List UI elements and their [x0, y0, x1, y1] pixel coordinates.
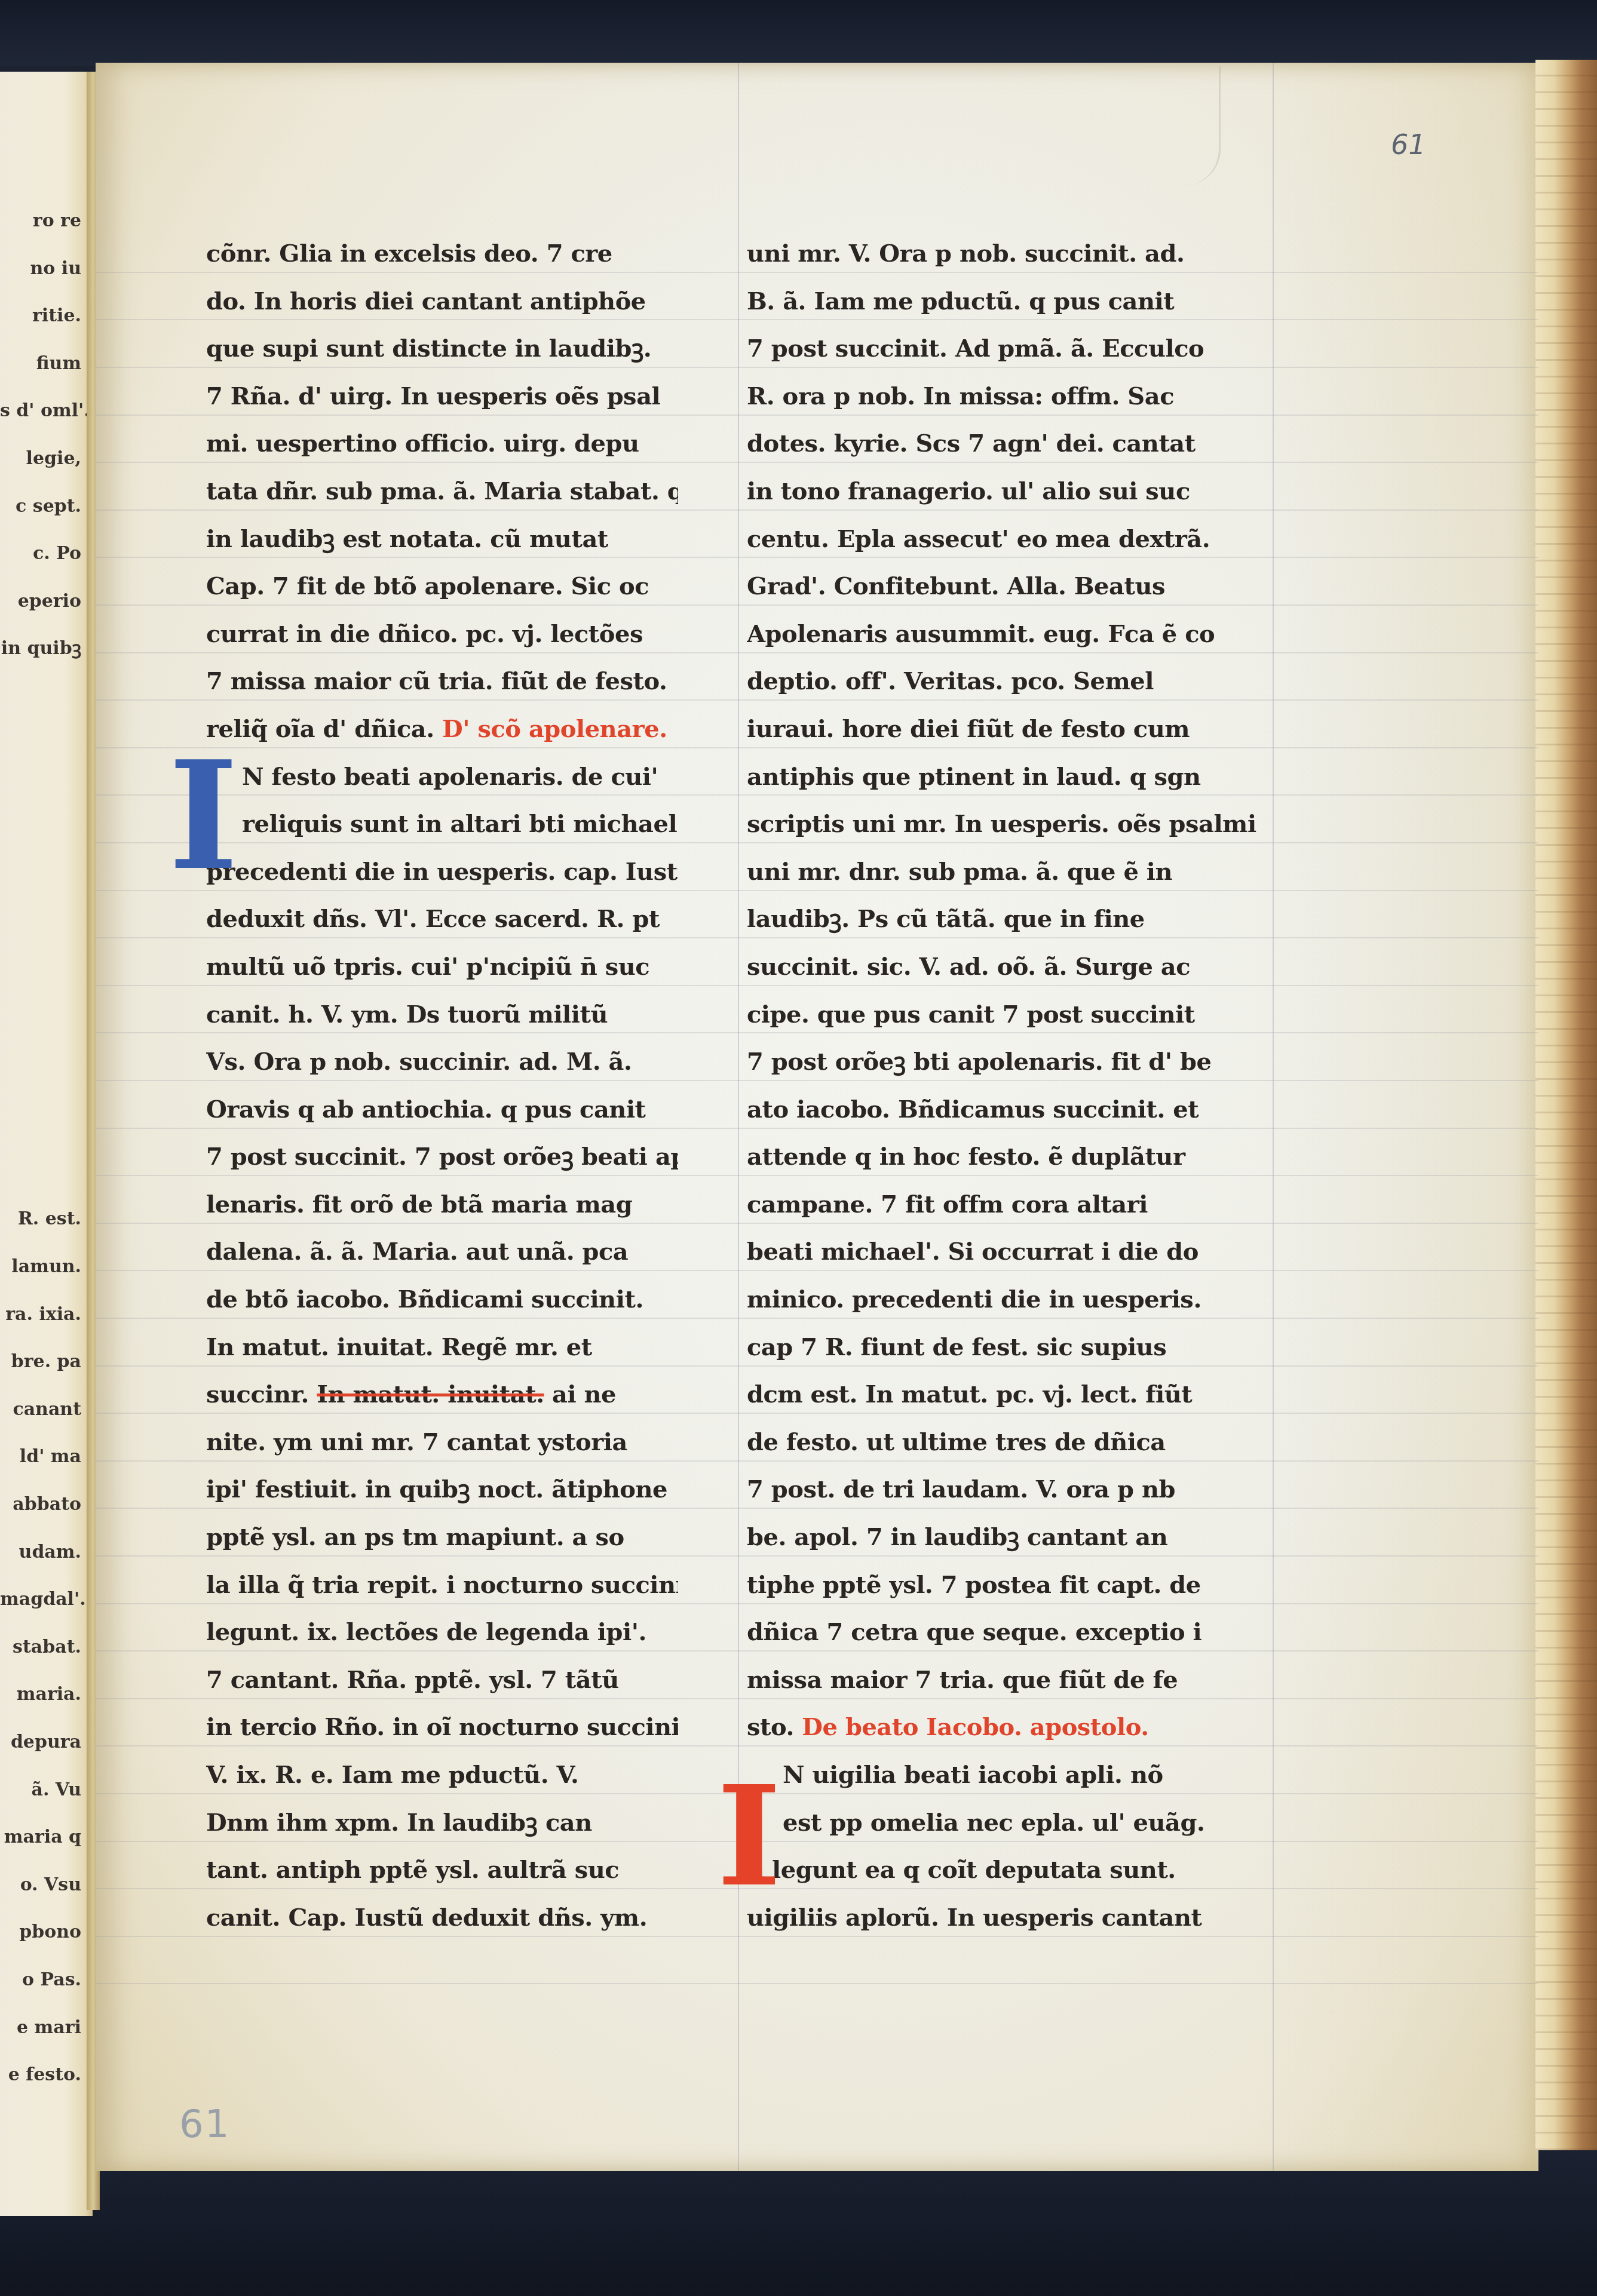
- text-line: h legunt ea q coĩt deputata sunt.: [747, 1846, 1261, 1894]
- text-line: antiphis que ptinent in laud. q sgn: [747, 753, 1261, 801]
- text-line-with-rubric: sto. De beato Iacobo. apostolo.: [747, 1703, 1261, 1751]
- text-line: que supi sunt distincte in laudibꝫ.: [206, 325, 678, 373]
- illuminated-initial-red: I: [717, 1768, 781, 1905]
- fragment-line: magdal'.: [0, 1576, 90, 1623]
- fragment-line: in quibꝫ: [0, 625, 90, 673]
- text-line: dalena. ã. ã. Maria. aut unã. pca: [206, 1228, 678, 1276]
- fragment-line: [0, 862, 90, 910]
- page-edge-shading: [1255, 63, 1535, 2171]
- text-line: dotes. kyrie. Scs 7 agn' dei. cantat: [747, 420, 1261, 468]
- fragment-line: pbono: [0, 1908, 90, 1956]
- text-line: Apolenaris ausummit. eug. Fca ẽ co: [747, 610, 1261, 658]
- text-line: In matut. inuitat. Regẽ mr. et: [206, 1324, 678, 1371]
- text-line: Oravis q ab antiochia. q pus canit: [206, 1086, 678, 1134]
- text-segment: succinr.: [206, 1380, 309, 1408]
- fragment-line: e festo.: [0, 2051, 90, 2099]
- illuminated-initial-blue: I: [168, 741, 238, 890]
- text-line: missa maior 7 tria. que fiũt de fe: [747, 1656, 1261, 1704]
- text-line: la illa q̃ tria repit. i nocturno succin…: [206, 1561, 678, 1609]
- text-line: in tercio Rño. in oĩ nocturno succini:: [206, 1703, 678, 1751]
- fragment-line: c sept.: [0, 483, 90, 530]
- fragment-line: eperio: [0, 578, 90, 625]
- text-line: tata dñr. sub pma. ã. Maria stabat. q: [206, 468, 678, 515]
- text-line: N festo beati apolenaris. de cui': [206, 753, 678, 801]
- text-line: in laudibꝫ est notata. cũ mutat: [206, 515, 678, 563]
- text-line: 7 missa maior cũ tria. fiũt de festo.: [206, 658, 678, 705]
- fragment-line: ra. ixia.: [0, 1291, 90, 1339]
- text-line: currat in die dñico. pc. vj. lectões: [206, 610, 678, 658]
- fragment-line: lamun.: [0, 1243, 90, 1291]
- fragment-line: maria q: [0, 1813, 90, 1861]
- parchment-crease: [1183, 66, 1221, 185]
- fragment-line: [0, 1148, 90, 1196]
- fragment-line: s d' oml'.: [0, 387, 90, 435]
- text-line: est pp omelia nec epla. ul' euãg.: [747, 1799, 1261, 1847]
- text-line: deduxit dñs. Vl'. Ecce sacerd. R. pt: [206, 895, 678, 943]
- fore-edge-texture: [1535, 60, 1597, 2150]
- fragment-line: ro re: [0, 197, 90, 245]
- fragment-line: maria.: [0, 1671, 90, 1718]
- text-line: Grad'. Confitebunt. Alla. Beatus: [747, 563, 1261, 610]
- background-top-cloth: [0, 0, 1597, 66]
- rubric-heading: D' scõ apolenare.: [442, 715, 667, 743]
- text-line: canit. h. V. ym. Ds tuorũ militũ: [206, 991, 678, 1039]
- fragment-line: [0, 958, 90, 1006]
- fragment-line: [0, 815, 90, 863]
- text-line: lenaris. fit orõ de btã maria mag: [206, 1181, 678, 1229]
- text-line: pptẽ ysl. an ps tm mapiunt. a so: [206, 1514, 678, 1561]
- text-line-with-strikethrough: succinr. In matut. inuitat. ai ne: [206, 1371, 678, 1419]
- left-page-text-fragments: ro re no iu ritie. fium s d' oml'. legie…: [0, 197, 90, 2099]
- text-line: N uigilia beati iacobi apli. nõ: [747, 1751, 1261, 1799]
- fragment-line: [0, 768, 90, 815]
- text-line: legunt. ix. lectões de legenda ipi'.: [206, 1609, 678, 1656]
- text-line: tiphe pptẽ ysl. 7 postea fit capt. de: [747, 1561, 1261, 1609]
- text-line: nite. ym uni mr. 7 cantat ystoria: [206, 1419, 678, 1466]
- text-line: uni mr. dnr. sub pma. ã. que ẽ in: [747, 848, 1261, 896]
- fragment-line: ld' ma: [0, 1433, 90, 1481]
- text-line: ipi' festiuit. in quibꝫ noct. ãtiphone: [206, 1466, 678, 1514]
- fragment-line: legie,: [0, 435, 90, 483]
- fragment-line: bre. pa: [0, 1338, 90, 1386]
- text-line: dñica 7 cetra que seque. exceptio i: [747, 1609, 1261, 1656]
- text-line: multũ uõ tpris. cui' p'ncipiũ n̄ suc: [206, 943, 678, 991]
- text-line: tant. antiph pptẽ ysl. aultrã suc: [206, 1846, 678, 1894]
- text-line: laudibꝫ. Ps cũ tãtã. que in fine: [747, 895, 1261, 943]
- fragment-line: [0, 1100, 90, 1148]
- text-line: Vs. Ora p nob. succinir. ad. M. ã.: [206, 1038, 678, 1086]
- fragment-line: ã. Vu: [0, 1766, 90, 1814]
- text-line: scriptis uni mr. In uesperis. oẽs psalmi: [747, 800, 1261, 848]
- fragment-line: [0, 673, 90, 720]
- text-line: Dnm ihm xpm. In laudibꝫ can: [206, 1799, 678, 1847]
- text-line: dcm est. In matut. pc. vj. lect. fiũt: [747, 1371, 1261, 1419]
- fragment-line: canant: [0, 1386, 90, 1434]
- text-line: attende q in hoc festo. ẽ duplãtur: [747, 1133, 1261, 1181]
- fragment-line: udam.: [0, 1528, 90, 1576]
- fragment-line: stabat.: [0, 1623, 90, 1671]
- text-line: beati michael'. Si occurrat i die do: [747, 1228, 1261, 1276]
- fragment-line: fium: [0, 340, 90, 388]
- text-line: deptio. off'. Veritas. pco. Semel: [747, 658, 1261, 705]
- text-column-left: cõnr. Glia in excelsis deo. 7 cre do. In…: [206, 230, 678, 1941]
- fragment-line: abbato: [0, 1481, 90, 1528]
- fragment-line: [0, 1053, 90, 1101]
- text-line: campane. 7 fit offm cora altari: [747, 1181, 1261, 1229]
- fragment-line: c. Po: [0, 530, 90, 578]
- text-line: in tono franagerio. ul' alio sui suc: [747, 468, 1261, 515]
- text-line: de festo. ut ultime tres de dñica: [747, 1419, 1261, 1466]
- text-line: canit. Cap. Iustũ deduxit dñs. ym.: [206, 1894, 678, 1942]
- text-line: de btõ iacobo. Bñdicami succinit.: [206, 1276, 678, 1324]
- fragment-line: depura: [0, 1718, 90, 1766]
- text-line: mi. uespertino officio. uirg. depu: [206, 420, 678, 468]
- text-line: uigiliis aplorũ. In uesperis cantant: [747, 1894, 1261, 1942]
- text-line: reliquis sunt in altari bti michael'.: [206, 800, 678, 848]
- text-line: do. In horis diei cantant antiphõe: [206, 278, 678, 326]
- text-column-right: uni mr. V. Ora p nob. succinit. ad. B. ã…: [747, 230, 1261, 1941]
- text-line: centu. Epla assecut' eo mea dextrã.: [747, 515, 1261, 563]
- fragment-line: o. Vsu: [0, 1861, 90, 1909]
- rubric-heading: De beato Iacobo. apostolo.: [802, 1713, 1148, 1741]
- fragment-line: R. est.: [0, 1195, 90, 1243]
- text-line: iuraui. hore diei fiũt de festo cum: [747, 705, 1261, 753]
- fragment-line: [0, 1005, 90, 1053]
- fragment-line: e mari: [0, 2004, 90, 2052]
- text-line: 7 cantant. Rña. pptẽ. ysl. 7 tãtũ: [206, 1656, 678, 1704]
- text-segment: ai ne: [552, 1380, 616, 1408]
- text-line: be. apol. 7 in laudibꝫ cantant an: [747, 1514, 1261, 1561]
- text-line: cõnr. Glia in excelsis deo. 7 cre: [206, 230, 678, 278]
- fragment-line: [0, 720, 90, 768]
- text-line: precedenti die in uesperis. cap. Iustũ: [206, 848, 678, 896]
- fragment-line: ritie.: [0, 292, 90, 340]
- text-line: B. ã. Iam me pductũ. q pus canit: [747, 278, 1261, 326]
- fragment-line: o Pas.: [0, 1956, 90, 2004]
- text-line: Cap. 7 fit de btõ apolenare. Sic oc: [206, 563, 678, 610]
- text-line: V. ix. R. e. Iam me pductũ. V.: [206, 1751, 678, 1799]
- text-line: 7 post succinit. Ad pmã. ã. Ecculco: [747, 325, 1261, 373]
- text-line: succinit. sic. V. ad. oõ. ã. Surge ac: [747, 943, 1261, 991]
- text-line: R. ora p nob. In missa: offm. Sac: [747, 373, 1261, 420]
- text-line-with-rubric: reliq̃ oĩa d' dñica. D' scõ apolenare.: [206, 705, 678, 753]
- text-line: ato iacobo. Bñdicamus succinit. et: [747, 1086, 1261, 1134]
- text-line: cap 7 R. fiunt de fest. sic supius: [747, 1324, 1261, 1371]
- text-line: 7 post succinit. 7 post orõeꝫ beati apo: [206, 1133, 678, 1181]
- folio-number-bottom: 61: [179, 2102, 230, 2147]
- text-line: 7 post orõeꝫ bti apolenaris. fit d' be: [747, 1038, 1261, 1086]
- text-line: minico. precedenti die in uesperis.: [747, 1276, 1261, 1324]
- folio-number-top: 61: [1391, 128, 1426, 161]
- column-frame-line: [1273, 63, 1274, 2171]
- text-line: 7 post. de tri laudam. V. ora p nb: [747, 1466, 1261, 1514]
- text-line: cipe. que pus canit 7 post succinit: [747, 991, 1261, 1039]
- text-segment: reliq̃ oĩa d' dñica.: [206, 715, 434, 743]
- text-line: 7 Rña. d' uirg. In uesperis oẽs psal: [206, 373, 678, 420]
- text-line: uni mr. V. Ora p nob. succinit. ad.: [747, 230, 1261, 278]
- text-segment: sto.: [747, 1713, 794, 1741]
- struck-text: In matut. inuitat.: [317, 1380, 544, 1408]
- ruling-line: [96, 1983, 1538, 1984]
- fragment-line: no iu: [0, 245, 90, 293]
- fragment-line: [0, 910, 90, 958]
